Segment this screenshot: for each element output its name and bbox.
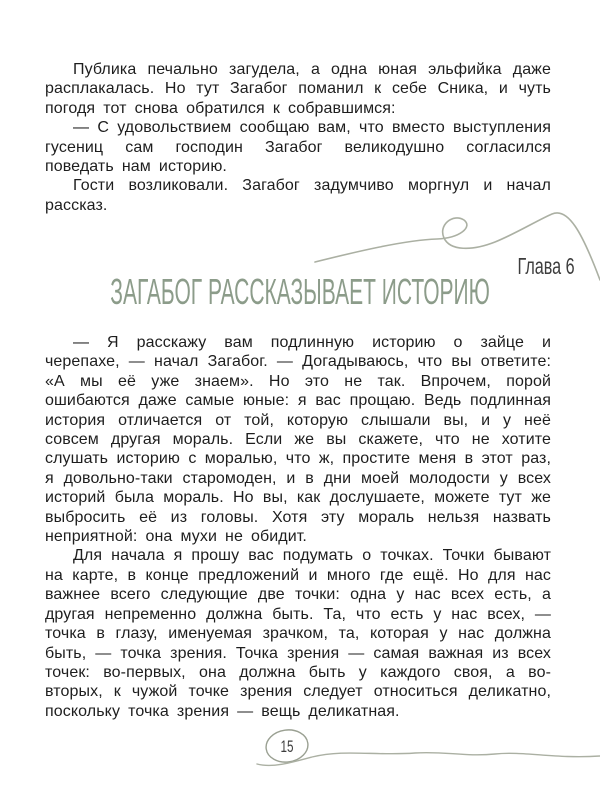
chapter-label-container: Глава 6 <box>516 257 576 277</box>
footer-wavy-line <box>0 723 600 778</box>
chapter-header: Глава 6 ЗАГАБОГ РАССКАЗЫВАЕТ ИСТОРИЮ <box>0 217 600 333</box>
chapter-title-container: ЗАГАБОГ РАССКАЗЫВАЕТ ИСТОРИЮ <box>0 277 600 314</box>
paragraph: — Я расскажу вам подлинную историю о зай… <box>45 333 551 546</box>
chapter-title: ЗАГАБОГ РАССКАЗЫВАЕТ ИСТОРИЮ <box>110 271 490 313</box>
paragraph: — С удовольствием сообщаю вам, что вмест… <box>45 118 551 176</box>
paragraph: Публика печально загудела, а одна юная э… <box>45 60 551 118</box>
book-page: Публика печально загудела, а одна юная э… <box>0 0 600 789</box>
story-section: — Я расскажу вам подлинную историю о зай… <box>45 333 551 721</box>
page-number: 15 <box>280 736 293 756</box>
paragraph: Для начала я прошу вас подумать о точках… <box>45 546 551 721</box>
intro-section: Публика печально загудела, а одна юная э… <box>45 60 551 215</box>
page-footer: 15 <box>0 723 600 778</box>
